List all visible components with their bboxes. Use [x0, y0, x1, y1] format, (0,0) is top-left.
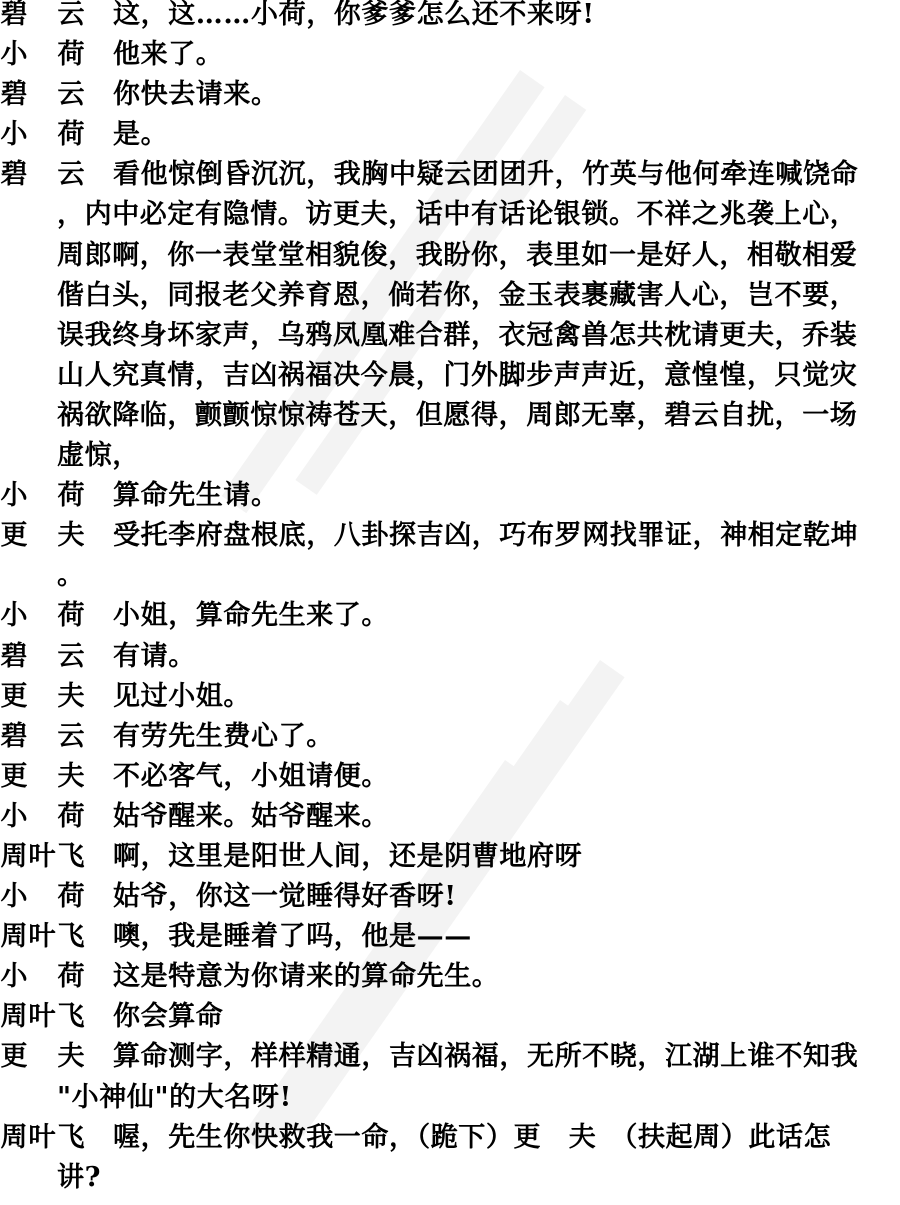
speaker-char: 碧 [0, 637, 28, 677]
dialogue-line: 小 荷 姑爷醒来。姑爷醒来。 [0, 797, 900, 837]
dialogue-text: 祸欲降临，颤颤惊惊祷苍天，但愿得，周郎无辜，碧云自扰，一场 [57, 396, 857, 436]
dialogue-text: ，内中必定有隐情。访更夫，话中有话论银锁。不祥之兆袭上心， [57, 195, 857, 235]
dialogue-text: 讲? [57, 1158, 101, 1198]
speaker-name: 更 夫 [0, 516, 112, 556]
speaker-char: 周 [0, 1118, 28, 1158]
speaker-name: 更 夫 [0, 677, 112, 717]
dialogue-line: 更 夫 不必客气，小姐请便。 [0, 757, 900, 797]
dialogue-text: 误我终身坏家声，乌鸦凤凰难合群，衣冠禽兽怎共枕请更夫，乔装 [57, 316, 857, 356]
dialogue-text: 受托李府盘根底，八卦探吉凶，巧布罗网找罪证，神相定乾坤 [113, 516, 858, 556]
dialogue-text: 不必客气，小姐请便。 [113, 757, 389, 797]
speaker-name: 周 叶 飞 [0, 997, 112, 1037]
dialogue-line: "小神仙"的大名呀! [0, 1078, 900, 1118]
speaker-char: 更 [0, 677, 28, 717]
speaker-char: 碧 [0, 717, 28, 757]
speaker-char: 荷 [57, 877, 85, 917]
speaker-char: 夫 [57, 516, 85, 556]
speaker-name: 碧 云 [0, 155, 112, 195]
dialogue-line: 周郎啊，你一表堂堂相貌俊，我盼你，表里如一是好人，相敬相爱 [0, 236, 900, 276]
dialogue-text: 算命先生请。 [113, 476, 279, 516]
dialogue-line: 碧 云 看他惊倒昏沉沉，我胸中疑云团团升，竹英与他何牵连喊饶命 [0, 155, 900, 195]
dialogue-text: 见过小姐。 [113, 677, 251, 717]
dialogue-line: 小 荷 是。 [0, 115, 900, 155]
dialogue-line: 小 荷 算命先生请。 [0, 476, 900, 516]
dialogue-line: 小 荷 姑爷，你这一觉睡得好香呀! [0, 877, 900, 917]
speaker-char: 碧 [0, 0, 28, 35]
dialogue-text: 噢，我是睡着了吗，他是—— [113, 917, 472, 957]
dialogue-line: 周 叶 飞 你会算命 [0, 997, 900, 1037]
dialogue-text: 周郎啊，你一表堂堂相貌俊，我盼你，表里如一是好人，相敬相爱 [57, 236, 857, 276]
speaker-char: 云 [57, 0, 85, 35]
dialogue-line: 误我终身坏家声，乌鸦凤凰难合群，衣冠禽兽怎共枕请更夫，乔装 [0, 316, 900, 356]
speaker-char: 飞 [57, 917, 85, 957]
dialogue-text: 姑爷，你这一觉睡得好香呀! [113, 877, 457, 917]
dialogue-text: 啊，这里是阳世人间，还是阴曹地府呀 [113, 837, 582, 877]
dialogue-line: 碧 云 你快去请来。 [0, 75, 900, 115]
speaker-char: 荷 [57, 596, 85, 636]
speaker-name: 碧 云 [0, 0, 112, 35]
dialogue-line: 更 夫 见过小姐。 [0, 677, 900, 717]
speaker-char: 云 [57, 717, 85, 757]
dialogue-text: 喔，先生你快救我一命，（跪下）更 夫 （扶起周）此话怎 [113, 1118, 831, 1158]
script-body: 碧 云 这，这……小荷，你爹爹怎么还不来呀! 小 荷 他来了。 碧 云 你快去请… [0, 0, 900, 1198]
speaker-char: 叶 [28, 917, 56, 957]
dialogue-line: 讲? [0, 1158, 900, 1198]
dialogue-line: 小 荷 小姐，算命先生来了。 [0, 596, 900, 636]
dialogue-line: 更 夫 算命测字，样样精通，吉凶祸福，无所不晓，江湖上谁不知我 [0, 1037, 900, 1077]
dialogue-text: 有请。 [113, 637, 196, 677]
speaker-char: 碧 [0, 155, 28, 195]
speaker-name: 小 荷 [0, 957, 112, 997]
dialogue-text: 他来了。 [113, 35, 223, 75]
dialogue-line: 碧 云 有劳先生费心了。 [0, 717, 900, 757]
dialogue-line: 周 叶 飞 啊，这里是阳世人间，还是阴曹地府呀 [0, 837, 900, 877]
dialogue-line: 虚惊， [0, 436, 900, 476]
speaker-char: 荷 [57, 476, 85, 516]
speaker-char: 叶 [28, 997, 56, 1037]
dialogue-text: 是。 [113, 115, 168, 155]
speaker-name: 更 夫 [0, 1037, 112, 1077]
speaker-name: 周 叶 飞 [0, 1118, 112, 1158]
speaker-char: 更 [0, 757, 28, 797]
dialogue-text: 算命测字，样样精通，吉凶祸福，无所不晓，江湖上谁不知我 [113, 1037, 858, 1077]
dialogue-line: 祸欲降临，颤颤惊惊祷苍天，但愿得，周郎无辜，碧云自扰，一场 [0, 396, 900, 436]
speaker-char: 小 [0, 957, 28, 997]
speaker-name: 小 荷 [0, 35, 112, 75]
speaker-char: 叶 [28, 837, 56, 877]
speaker-char: 飞 [57, 1118, 85, 1158]
dialogue-text: 姑爷醒来。姑爷醒来。 [113, 797, 389, 837]
speaker-char: 云 [57, 637, 85, 677]
speaker-char: 周 [0, 917, 28, 957]
speaker-char: 荷 [57, 957, 85, 997]
dialogue-line: 碧 云 有请。 [0, 637, 900, 677]
speaker-name: 碧 云 [0, 717, 112, 757]
dialogue-line: 更 夫 受托李府盘根底，八卦探吉凶，巧布罗网找罪证，神相定乾坤 [0, 516, 900, 556]
speaker-name: 小 荷 [0, 596, 112, 636]
speaker-char: 更 [0, 516, 28, 556]
dialogue-line: 偕白头，同报老父养育恩，倘若你，金玉表裹藏害人心，岂不要， [0, 276, 900, 316]
dialogue-text: 这是特意为你请来的算命先生。 [113, 957, 499, 997]
speaker-char: 小 [0, 797, 28, 837]
dialogue-text: 偕白头，同报老父养育恩，倘若你，金玉表裹藏害人心，岂不要， [57, 276, 857, 316]
speaker-name: 周 叶 飞 [0, 917, 112, 957]
dialogue-line: 周 叶 飞 噢，我是睡着了吗，他是—— [0, 917, 900, 957]
dialogue-line: 小 荷 这是特意为你请来的算命先生。 [0, 957, 900, 997]
dialogue-line: 山人究真情，吉凶祸福决今晨，门外脚步声声近，意惶惶，只觉灾 [0, 356, 900, 396]
speaker-name: 小 荷 [0, 877, 112, 917]
speaker-name: 碧 云 [0, 75, 112, 115]
dialogue-text: 小姐，算命先生来了。 [113, 596, 389, 636]
speaker-name: 小 荷 [0, 115, 112, 155]
speaker-char: 荷 [57, 115, 85, 155]
speaker-name: 更 夫 [0, 757, 112, 797]
dialogue-text: 虚惊， [57, 436, 140, 476]
speaker-char: 叶 [28, 1118, 56, 1158]
dialogue-text: "小神仙"的大名呀! [57, 1078, 292, 1118]
dialogue-text: 有劳先生费心了。 [113, 717, 334, 757]
speaker-name: 小 荷 [0, 797, 112, 837]
dialogue-line: 。 [0, 556, 900, 596]
speaker-char: 夫 [57, 1037, 85, 1077]
speaker-char: 夫 [57, 677, 85, 717]
dialogue-text: 。 [57, 556, 85, 596]
speaker-char: 周 [0, 837, 28, 877]
speaker-name: 周 叶 飞 [0, 837, 112, 877]
dialogue-line: ，内中必定有隐情。访更夫，话中有话论银锁。不祥之兆袭上心， [0, 195, 900, 235]
speaker-char: 小 [0, 596, 28, 636]
speaker-char: 小 [0, 877, 28, 917]
speaker-char: 荷 [57, 797, 85, 837]
speaker-char: 小 [0, 35, 28, 75]
speaker-char: 荷 [57, 35, 85, 75]
speaker-char: 更 [0, 1037, 28, 1077]
speaker-char: 飞 [57, 997, 85, 1037]
speaker-char: 碧 [0, 75, 28, 115]
speaker-char: 小 [0, 476, 28, 516]
speaker-char: 周 [0, 997, 28, 1037]
dialogue-text: 这，这……小荷，你爹爹怎么还不来呀! [113, 0, 595, 35]
dialogue-line: 小 荷 他来了。 [0, 35, 900, 75]
speaker-char: 云 [57, 75, 85, 115]
speaker-char: 夫 [57, 757, 85, 797]
dialogue-line: 周 叶 飞 喔，先生你快救我一命，（跪下）更 夫 （扶起周）此话怎 [0, 1118, 900, 1158]
dialogue-text: 你快去请来。 [113, 75, 279, 115]
speaker-char: 小 [0, 115, 28, 155]
speaker-char: 飞 [57, 837, 85, 877]
speaker-name: 小 荷 [0, 476, 112, 516]
dialogue-text: 山人究真情，吉凶祸福决今晨，门外脚步声声近，意惶惶，只觉灾 [57, 356, 857, 396]
speaker-char: 云 [57, 155, 85, 195]
dialogue-text: 看他惊倒昏沉沉，我胸中疑云团团升，竹英与他何牵连喊饶命 [113, 155, 858, 195]
dialogue-line: 碧 云 这，这……小荷，你爹爹怎么还不来呀! [0, 0, 900, 35]
speaker-name: 碧 云 [0, 637, 112, 677]
dialogue-text: 你会算命 [113, 997, 223, 1037]
